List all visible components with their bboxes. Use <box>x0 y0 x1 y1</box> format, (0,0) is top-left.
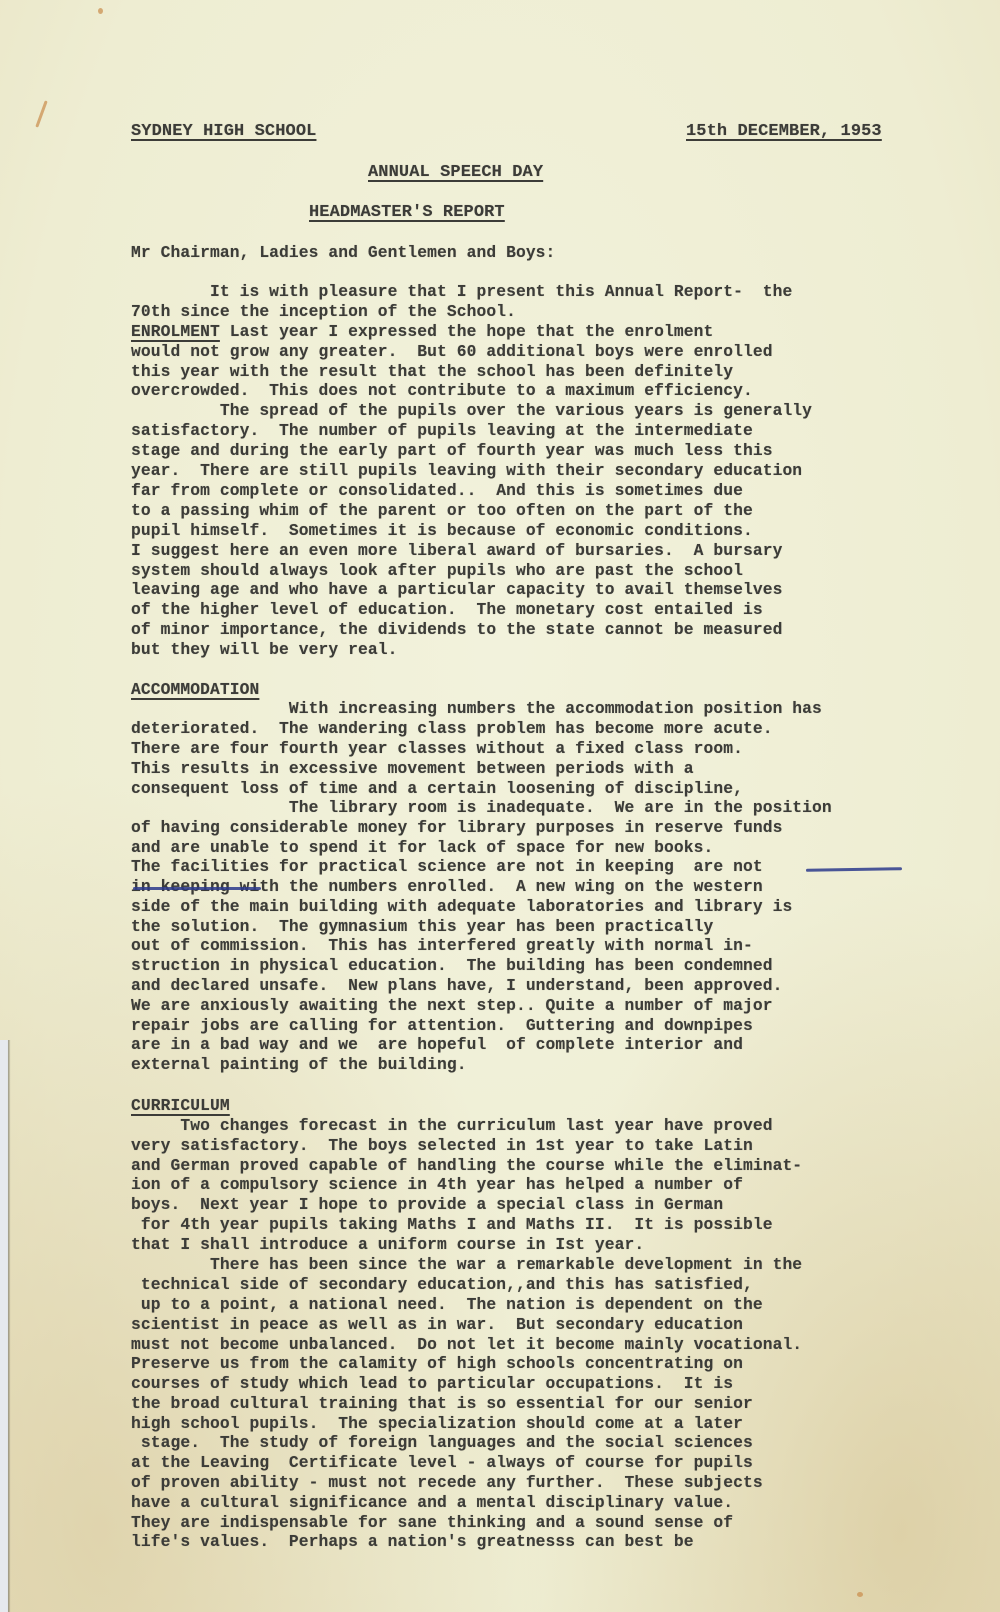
text-line: I suggest here an even more liberal awar… <box>131 541 782 561</box>
text-line: boys. Next year I hope to provide a spec… <box>131 1195 723 1215</box>
text-line: and declared unsafe. New plans have, I u… <box>131 976 782 996</box>
text-line: but they will be very real. <box>131 640 398 660</box>
page-edge-shadow <box>0 1040 14 1612</box>
text-line: side of the main building with adequate … <box>131 897 792 917</box>
text-line: The library room is inadequate. We are i… <box>131 798 832 818</box>
report-title: HEADMASTER'S REPORT <box>309 203 505 223</box>
text-line: technical side of secondary education,,a… <box>131 1275 753 1295</box>
text-line: at the Leaving Certificate level - alway… <box>131 1453 753 1473</box>
text-line: scientist in peace as well as in war. Bu… <box>131 1315 743 1335</box>
rust-stain <box>98 8 103 14</box>
text-line: The facilities for practical science are… <box>131 857 763 877</box>
text-line: We are anxiously awaiting the next step.… <box>131 996 773 1016</box>
text-line: struction in physical education. The bui… <box>131 956 773 976</box>
report-date: 15th DECEMBER, 1953 <box>686 122 882 142</box>
text-line: stage. The study of foreign languages an… <box>131 1433 753 1453</box>
text-line: far from complete or consolidated.. And … <box>131 481 743 501</box>
section-heading-accommodation: ACCOMMODATION <box>131 680 259 700</box>
text-line: Preserve us from the calamity of high sc… <box>131 1354 743 1374</box>
text-line: The spread of the pupils over the variou… <box>131 401 812 421</box>
intro-line: 70th since the inception of the School. <box>131 302 516 322</box>
text-line: very satisfactory. The boys selected in … <box>131 1136 753 1156</box>
text-line: They are indispensable for sane thinking… <box>131 1513 733 1533</box>
text-line: the solution. The gymnasium this year ha… <box>131 917 713 937</box>
text-line: are in a bad way and we are hopeful of c… <box>131 1035 743 1055</box>
text-line: out of commission. This has interfered g… <box>131 936 753 956</box>
text-line: year. There are still pupils leaving wit… <box>131 461 802 481</box>
text-line: high school pupils. The specialization s… <box>131 1414 743 1434</box>
text-line: would not grow any greater. But 60 addit… <box>131 342 773 362</box>
rust-stain <box>857 1592 863 1597</box>
text-line: and German proved capable of handling th… <box>131 1156 802 1176</box>
school-name: SYDNEY HIGH SCHOOL <box>131 122 316 142</box>
text-line: of having considerable money for library… <box>131 818 782 838</box>
text-line: of the higher level of education. The mo… <box>131 600 763 620</box>
salutation: Mr Chairman, Ladies and Gentlemen and Bo… <box>131 243 555 263</box>
text-line: up to a point, a national need. The nati… <box>131 1295 763 1315</box>
ink-strikethrough <box>133 887 261 890</box>
section-heading-curriculum: CURRICULUM <box>131 1096 230 1116</box>
text-line: to a passing whim of the parent or too o… <box>131 501 753 521</box>
section-heading-enrolment: ENROLMENT <box>131 322 220 341</box>
text-line: system should always look after pupils w… <box>131 561 743 581</box>
text-line: external painting of the building. <box>131 1055 467 1075</box>
text-line: overcrowded. This does not contribute to… <box>131 381 753 401</box>
text-line: of proven ability - must not recede any … <box>131 1473 763 1493</box>
event-title: ANNUAL SPEECH DAY <box>368 163 543 183</box>
text-line: repair jobs are calling for attention. G… <box>131 1016 753 1036</box>
enrolment-first-line: ENROLMENT Last year I expressed the hope… <box>131 322 713 342</box>
text-line: must not become unbalanced. Do not let i… <box>131 1335 802 1355</box>
text-line: of minor importance, the dividends to th… <box>131 620 782 640</box>
text-line: stage and during the early part of fourt… <box>131 441 773 461</box>
text-line: this year with the result that the schoo… <box>131 362 733 382</box>
text-line: life's values. Perhaps a nation's greatn… <box>131 1532 694 1552</box>
text-line: There has been since the war a remarkabl… <box>131 1255 802 1275</box>
text-line: ion of a compulsory science in 4th year … <box>131 1175 743 1195</box>
text-line: the broad cultural training that is so e… <box>131 1394 753 1414</box>
text-line: that I shall introduce a uniform course … <box>131 1235 644 1255</box>
text-line: leaving age and who have a particular ca… <box>131 580 782 600</box>
text-line: have a cultural significance and a menta… <box>131 1493 733 1513</box>
text-line: consequent loss of time and a certain lo… <box>131 779 743 799</box>
text-line: for 4th year pupils taking Maths I and M… <box>131 1215 773 1235</box>
text-line: pupil himself. Sometimes it is because o… <box>131 521 753 541</box>
text-line: Two changes forecast in the curriculum l… <box>131 1116 773 1136</box>
text-line: With increasing numbers the accommodatio… <box>131 699 822 719</box>
text-line: courses of study which lead to particula… <box>131 1374 733 1394</box>
text-line: satisfactory. The number of pupils leavi… <box>131 421 753 441</box>
text-line: Last year I expressed the hope that the … <box>220 322 714 341</box>
intro-line: It is with pleasure that I present this … <box>131 282 792 302</box>
text-line: deteriorated. The wandering class proble… <box>131 719 773 739</box>
text-line: This results in excessive movement betwe… <box>131 759 694 779</box>
text-line: There are four fourth year classes witho… <box>131 739 743 759</box>
text-line: and are unable to spend it for lack of s… <box>131 838 713 858</box>
